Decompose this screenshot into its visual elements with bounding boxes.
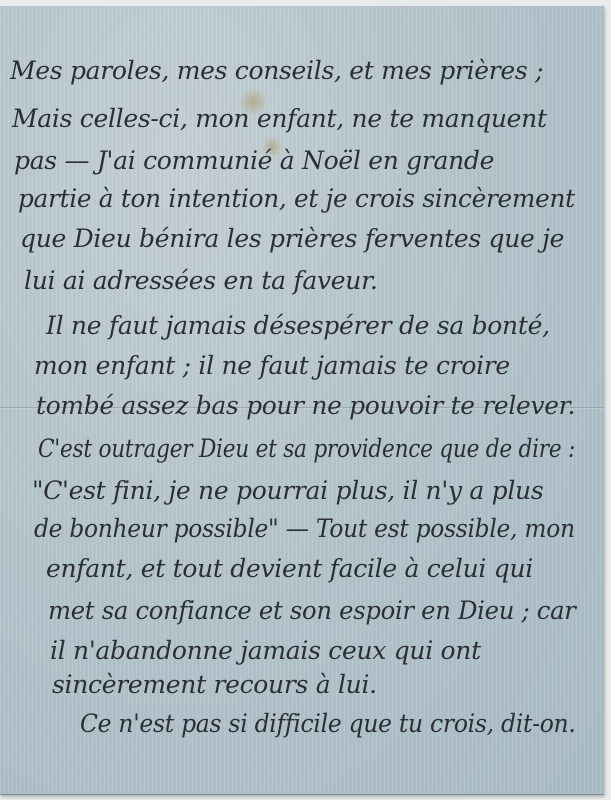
- letter-line: tombé assez bas pour ne pouvoir te relev…: [36, 391, 575, 420]
- letter-line: Il ne faut jamais désespérer de sa bonté…: [46, 311, 550, 340]
- letter-line: que Dieu bénira les prières ferventes qu…: [20, 224, 564, 253]
- letter-line: partie à ton intention, et je crois sinc…: [18, 184, 575, 213]
- letter-line: lui ai adressées en ta faveur.: [24, 266, 378, 295]
- letter-line: Mes paroles, mes conseils, et mes prière…: [10, 56, 543, 85]
- letter-line: pas — J'ai communié à Noël en grande: [14, 146, 494, 175]
- letter-line: enfant, et tout devient facile à celui q…: [46, 554, 533, 583]
- letter-page: Mes paroles, mes conseils, et mes prière…: [0, 6, 604, 795]
- letter-line: Ce n'est pas si difficile que tu crois, …: [80, 709, 576, 738]
- letter-line: sincèrement recours à lui.: [52, 670, 377, 699]
- letter-line: de bonheur possible" — Tout est possible…: [34, 514, 575, 543]
- letter-line: "C'est fini, je ne pourrai plus, il n'y …: [32, 476, 543, 505]
- letter-line: mon enfant ; il ne faut jamais te croire: [34, 351, 510, 380]
- letter-line: il n'abandonne jamais ceux qui ont: [50, 636, 481, 665]
- letter-line: C'est outrager Dieu et sa providence que…: [38, 434, 575, 463]
- letter-line: met sa confiance et son espoir en Dieu ;…: [48, 596, 576, 625]
- letter-line: Mais celles-ci, mon enfant, ne te manque…: [12, 104, 547, 133]
